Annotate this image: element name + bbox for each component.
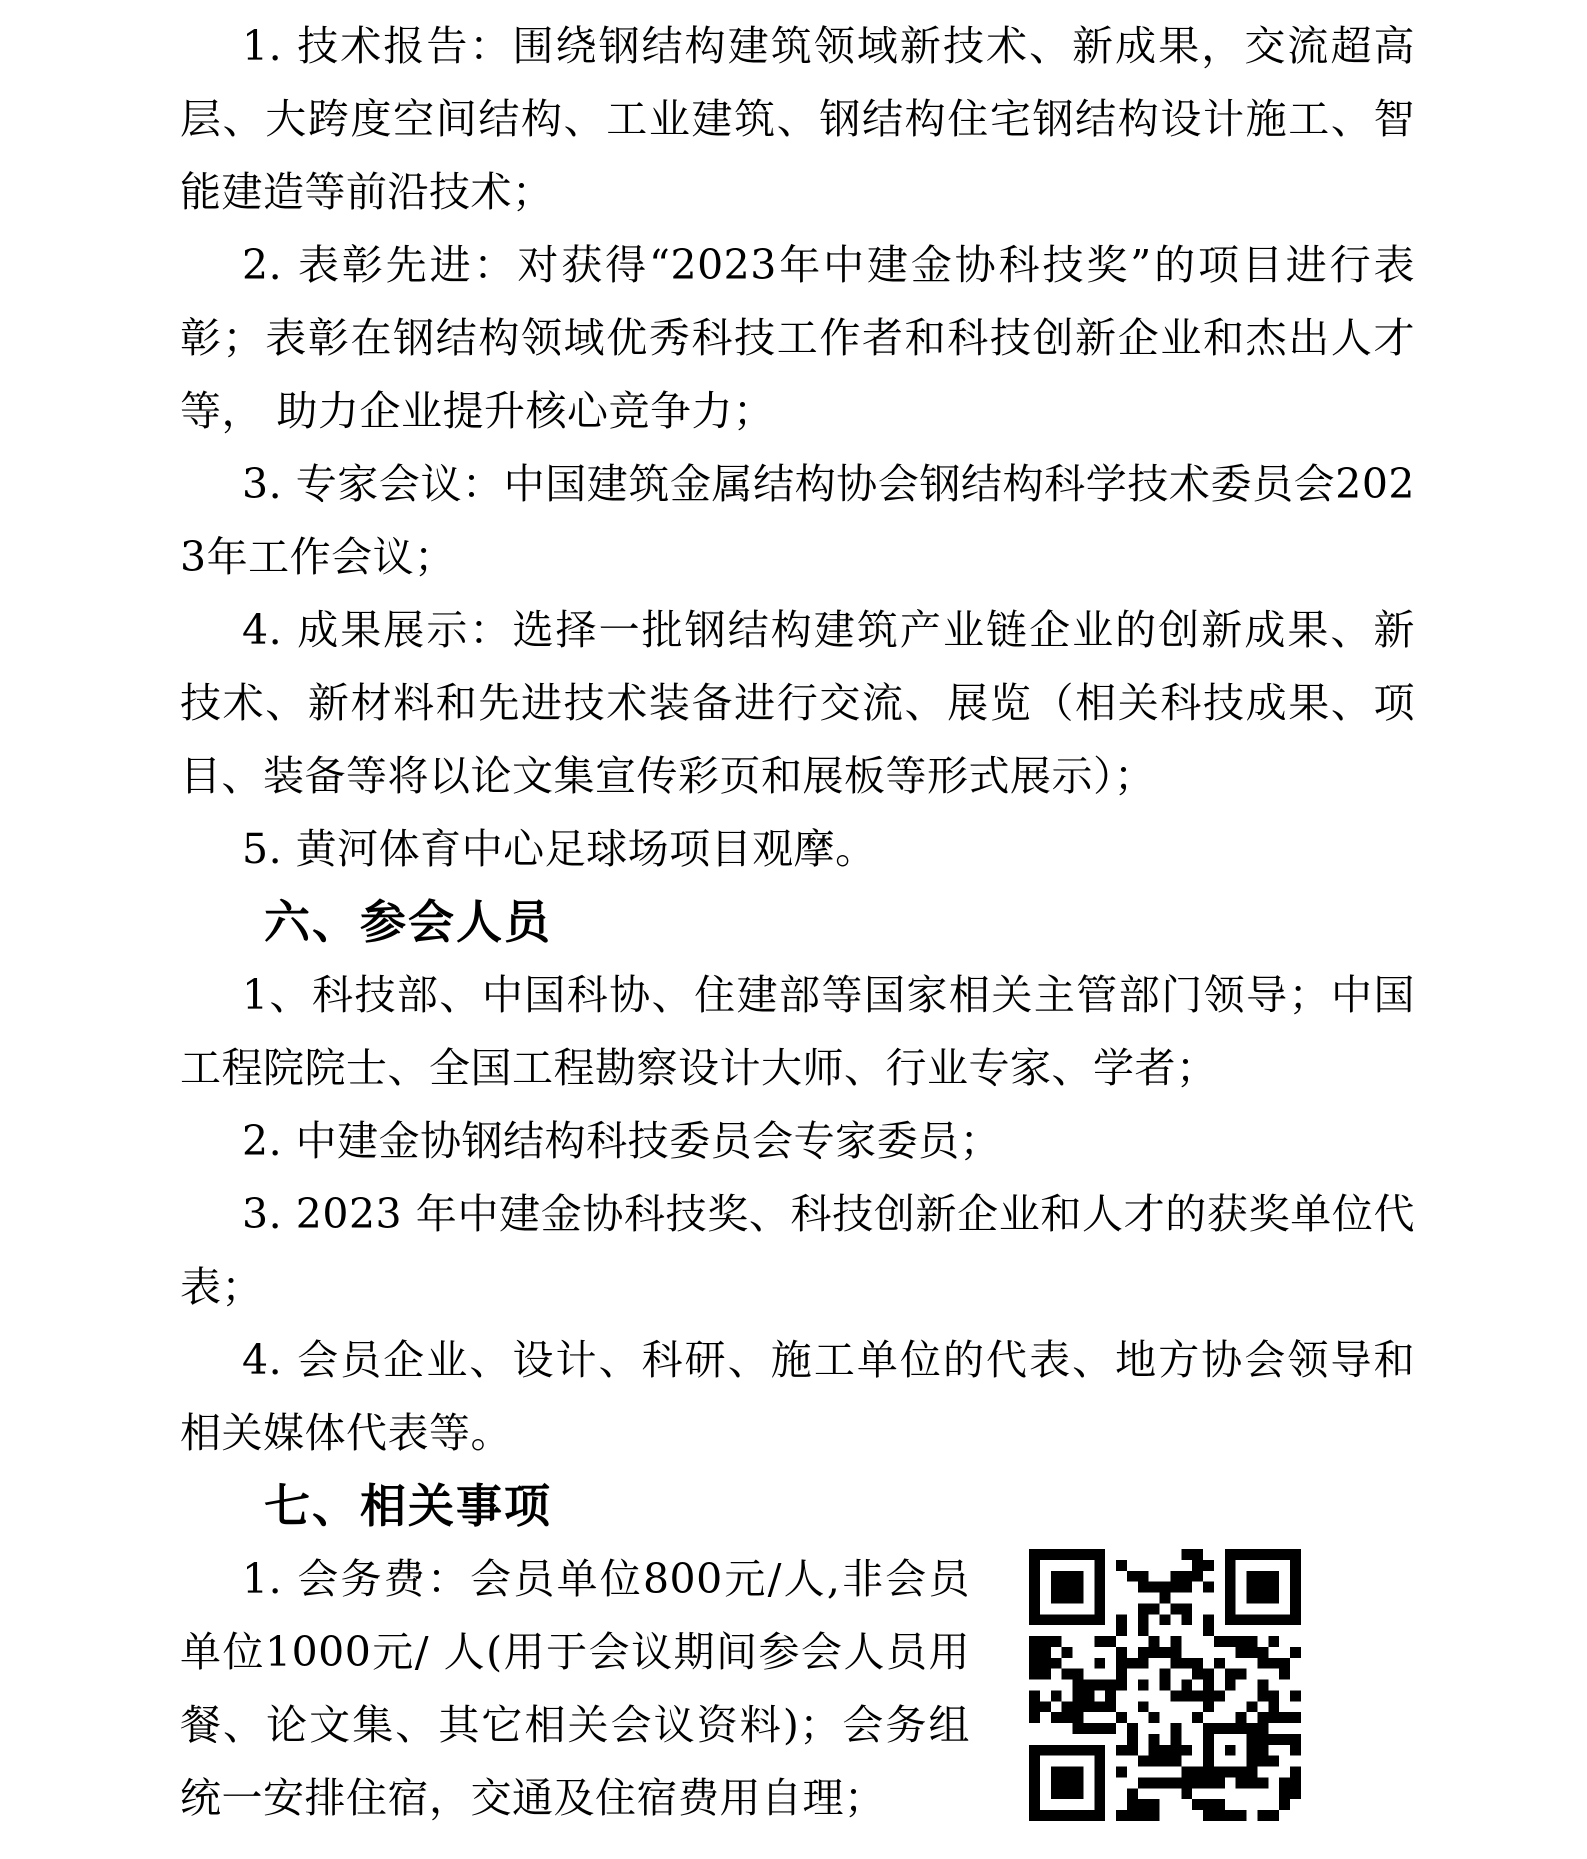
attendee-item-1: 1、科技部、中国科协、住建部等国家相关主管部门领导；中国工程院院士、全国工程勘察… <box>180 959 1415 1105</box>
agenda-item-2: 2. 表彰先进：对获得“2023年中建金协科技奖”的项目进行表彰；表彰在钢结构领… <box>180 229 1415 448</box>
attendee-item-2: 2. 中建金协钢结构科技委员会专家委员； <box>180 1105 1415 1178</box>
agenda-item-1: 1. 技术报告：围绕钢结构建筑领域新技术、新成果，交流超高层、大跨度空间结构、工… <box>180 10 1415 229</box>
document-page: 1. 技术报告：围绕钢结构建筑领域新技术、新成果，交流超高层、大跨度空间结构、工… <box>0 0 1587 1859</box>
document-body: 1. 技术报告：围绕钢结构建筑领域新技术、新成果，交流超高层、大跨度空间结构、工… <box>180 10 1415 1835</box>
agenda-item-5: 5. 黄河体育中心足球场项目观摩。 <box>180 813 1415 886</box>
fee-paragraph: 1. 会务费：会员单位800元/人,非会员单位1000元/ 人(用于会议期间参会… <box>180 1543 970 1835</box>
section-heading-attendees: 六、参会人员 <box>180 886 1415 959</box>
agenda-item-4: 4. 成果展示：选择一批钢结构建筑产业链企业的创新成果、新技术、新材料和先进技术… <box>180 594 1415 813</box>
section-heading-matters: 七、相关事项 <box>180 1470 1415 1543</box>
attendee-item-4: 4. 会员企业、设计、科研、施工单位的代表、地方协会领导和相关媒体代表等。 <box>180 1324 1415 1470</box>
agenda-item-3: 3. 专家会议：中国建筑金属结构协会钢结构科学技术委员会2023年工作会议； <box>180 448 1415 594</box>
matters-fee-row: 1. 会务费：会员单位800元/人,非会员单位1000元/ 人(用于会议期间参会… <box>180 1543 1415 1835</box>
qr-code-image <box>1029 1543 1301 1821</box>
qr-code-icon <box>1029 1549 1301 1821</box>
attendee-item-3: 3. 2023 年中建金协科技奖、科技创新企业和人才的获奖单位代表； <box>180 1178 1415 1324</box>
